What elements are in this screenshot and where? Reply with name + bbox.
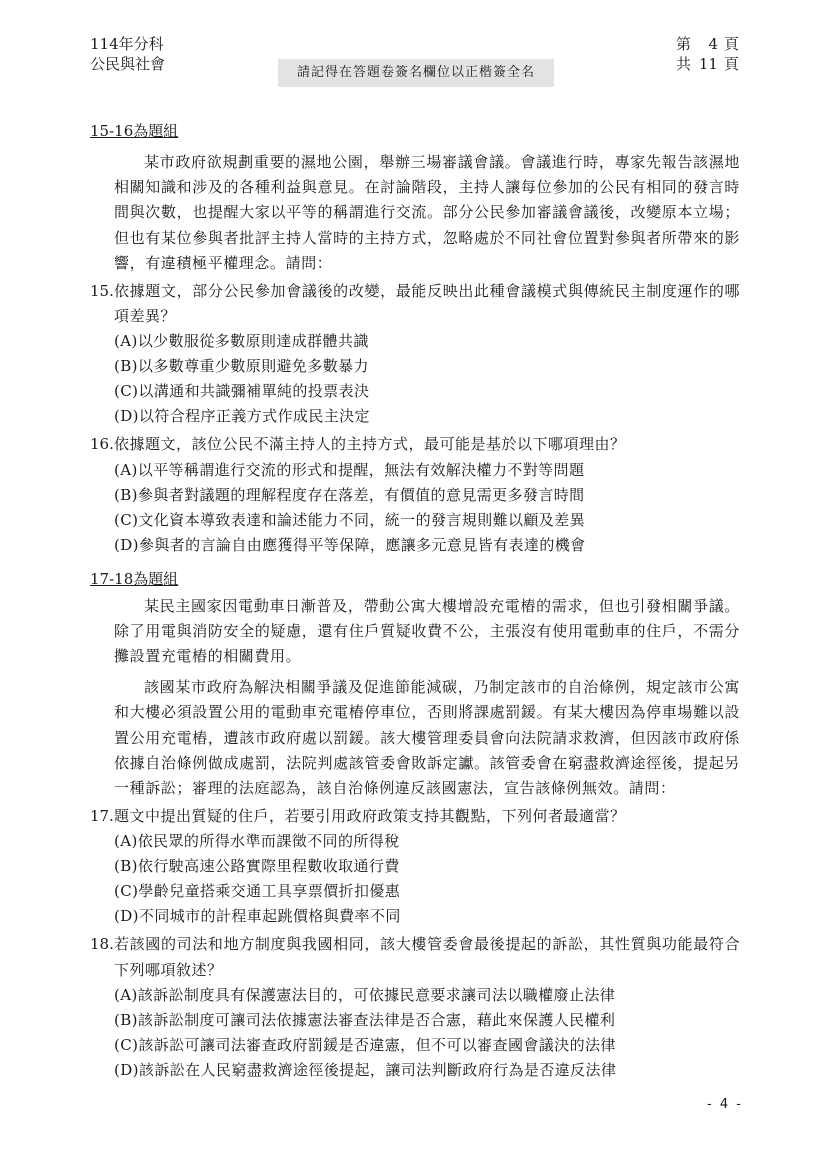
total-unit: 頁 [724,54,739,74]
option-b: (B)該訴訟制度可讓司法依據憲法審查法律是否合憲，藉此來保護人民權利 [90,1008,740,1033]
subject-title: 公民與社會 [90,54,165,74]
option-b: (B)以多數尊重少數原則避免多數暴力 [90,354,740,379]
passage-paragraph: 某市政府欲規劃重要的濕地公園，舉辦三場審議會議。會議進行時，專家先報告該濕地相關… [90,150,740,276]
question-group-15-16: 15-16為題組 某市政府欲規劃重要的濕地公園，舉辦三場審議會議。會議進行時，專… [90,120,740,558]
option-c: (C)該訴訟可讓司法審查政府罰鍰是否違憲，但不可以審查國會議決的法律 [90,1033,740,1058]
option-a: (A)依民眾的所得水準而課徵不同的所得稅 [90,829,740,854]
option-a: (A)以平等稱謂進行交流的形式和提醒，無法有效解決權力不對等問題 [90,458,740,483]
passage-paragraph: 某民主國家因電動車日漸普及，帶動公寓大樓增設充電樁的需求，但也引發相關爭議。除了… [90,594,740,670]
option-c: (C)學齡兒童搭乘交通工具享票價折扣優惠 [90,879,740,904]
question-number: 17. [90,804,114,829]
option-b: (B)參與者對議題的理解程度存在落差，有價值的意見需更多發言時間 [90,483,740,508]
question-group-17-18: 17-18為題組 某民主國家因電動車日漸普及，帶動公寓大樓增設充電樁的需求，但也… [90,568,740,1083]
exam-header-left: 114年分科 公民與社會 [90,34,165,74]
exam-title: 114年分科 [90,34,165,54]
group-title: 17-18為題組 [90,568,740,590]
option-d: (D)參與者的言論自由應獲得平等保障，應讓多元意見皆有表達的機會 [90,533,740,558]
option-a: (A)以少數服從多數原則達成群體共識 [90,329,740,354]
question-stem: 題文中提出質疑的住戶，若要引用政府政策支持其觀點，下列何者最適當？ [114,804,740,829]
total-pages: 11 [691,54,724,74]
question-stem: 依據題文，部分公民參加會議後的改變，最能反映出此種會議模式與傳統民主制度運作的哪… [114,279,740,329]
page-label: 第 [676,34,691,54]
option-d: (D)不同城市的計程車起跳價格與費率不同 [90,904,740,929]
question-16: 16. 依據題文，該位公民不滿主持人的主持方式，最可能是基於以下哪項理由？ (A… [90,432,740,557]
option-b: (B)依行駛高速公路實際里程數收取通行費 [90,854,740,879]
option-d: (D)該訴訟在人民窮盡救濟途徑後提起，讓司法判斷政府行為是否違反法律 [90,1058,740,1083]
question-number: 15. [90,279,114,329]
question-17: 17. 題文中提出質疑的住戶，若要引用政府政策支持其觀點，下列何者最適當？ (A… [90,804,740,929]
question-15: 15. 依據題文，部分公民參加會議後的改變，最能反映出此種會議模式與傳統民主制度… [90,279,740,429]
question-number: 18. [90,932,114,982]
question-number: 16. [90,432,114,457]
passage-paragraph: 該國某市政府為解決相關爭議及促進節能減碳，乃制定該市的自治條例，規定該市公寓和大… [90,675,740,801]
page-number-footer: - 4 - [707,1097,743,1112]
exam-content: 15-16為題組 某市政府欲規劃重要的濕地公園，舉辦三場審議會議。會議進行時，專… [90,120,740,1083]
page-unit: 頁 [724,34,739,54]
option-c: (C)以溝通和共識彌補單純的投票表決 [90,379,740,404]
question-stem: 依據題文，該位公民不滿主持人的主持方式，最可能是基於以下哪項理由？ [114,432,740,457]
group-title: 15-16為題組 [90,120,740,142]
question-stem: 若該國的司法和地方制度與我國相同，該大樓管委會最後提起的訴訟，其性質與功能最符合… [114,932,740,982]
option-c: (C)文化資本導致表達和論述能力不同，統一的發言規則難以顧及差異 [90,508,740,533]
question-18: 18. 若該國的司法和地方制度與我國相同，該大樓管委會最後提起的訴訟，其性質與功… [90,932,740,1082]
option-a: (A)該訴訟制度具有保護憲法目的，可依據民意要求讓司法以職權廢止法律 [90,983,740,1008]
current-page: 4 [691,34,724,54]
option-d: (D)以符合程序正義方式作成民主決定 [90,404,740,429]
total-label: 共 [676,54,691,74]
signature-notice: 請記得在答題卷簽名欄位以正楷簽全名 [278,59,554,87]
page-indicator: 第 4 頁 共 11 頁 [676,34,739,74]
